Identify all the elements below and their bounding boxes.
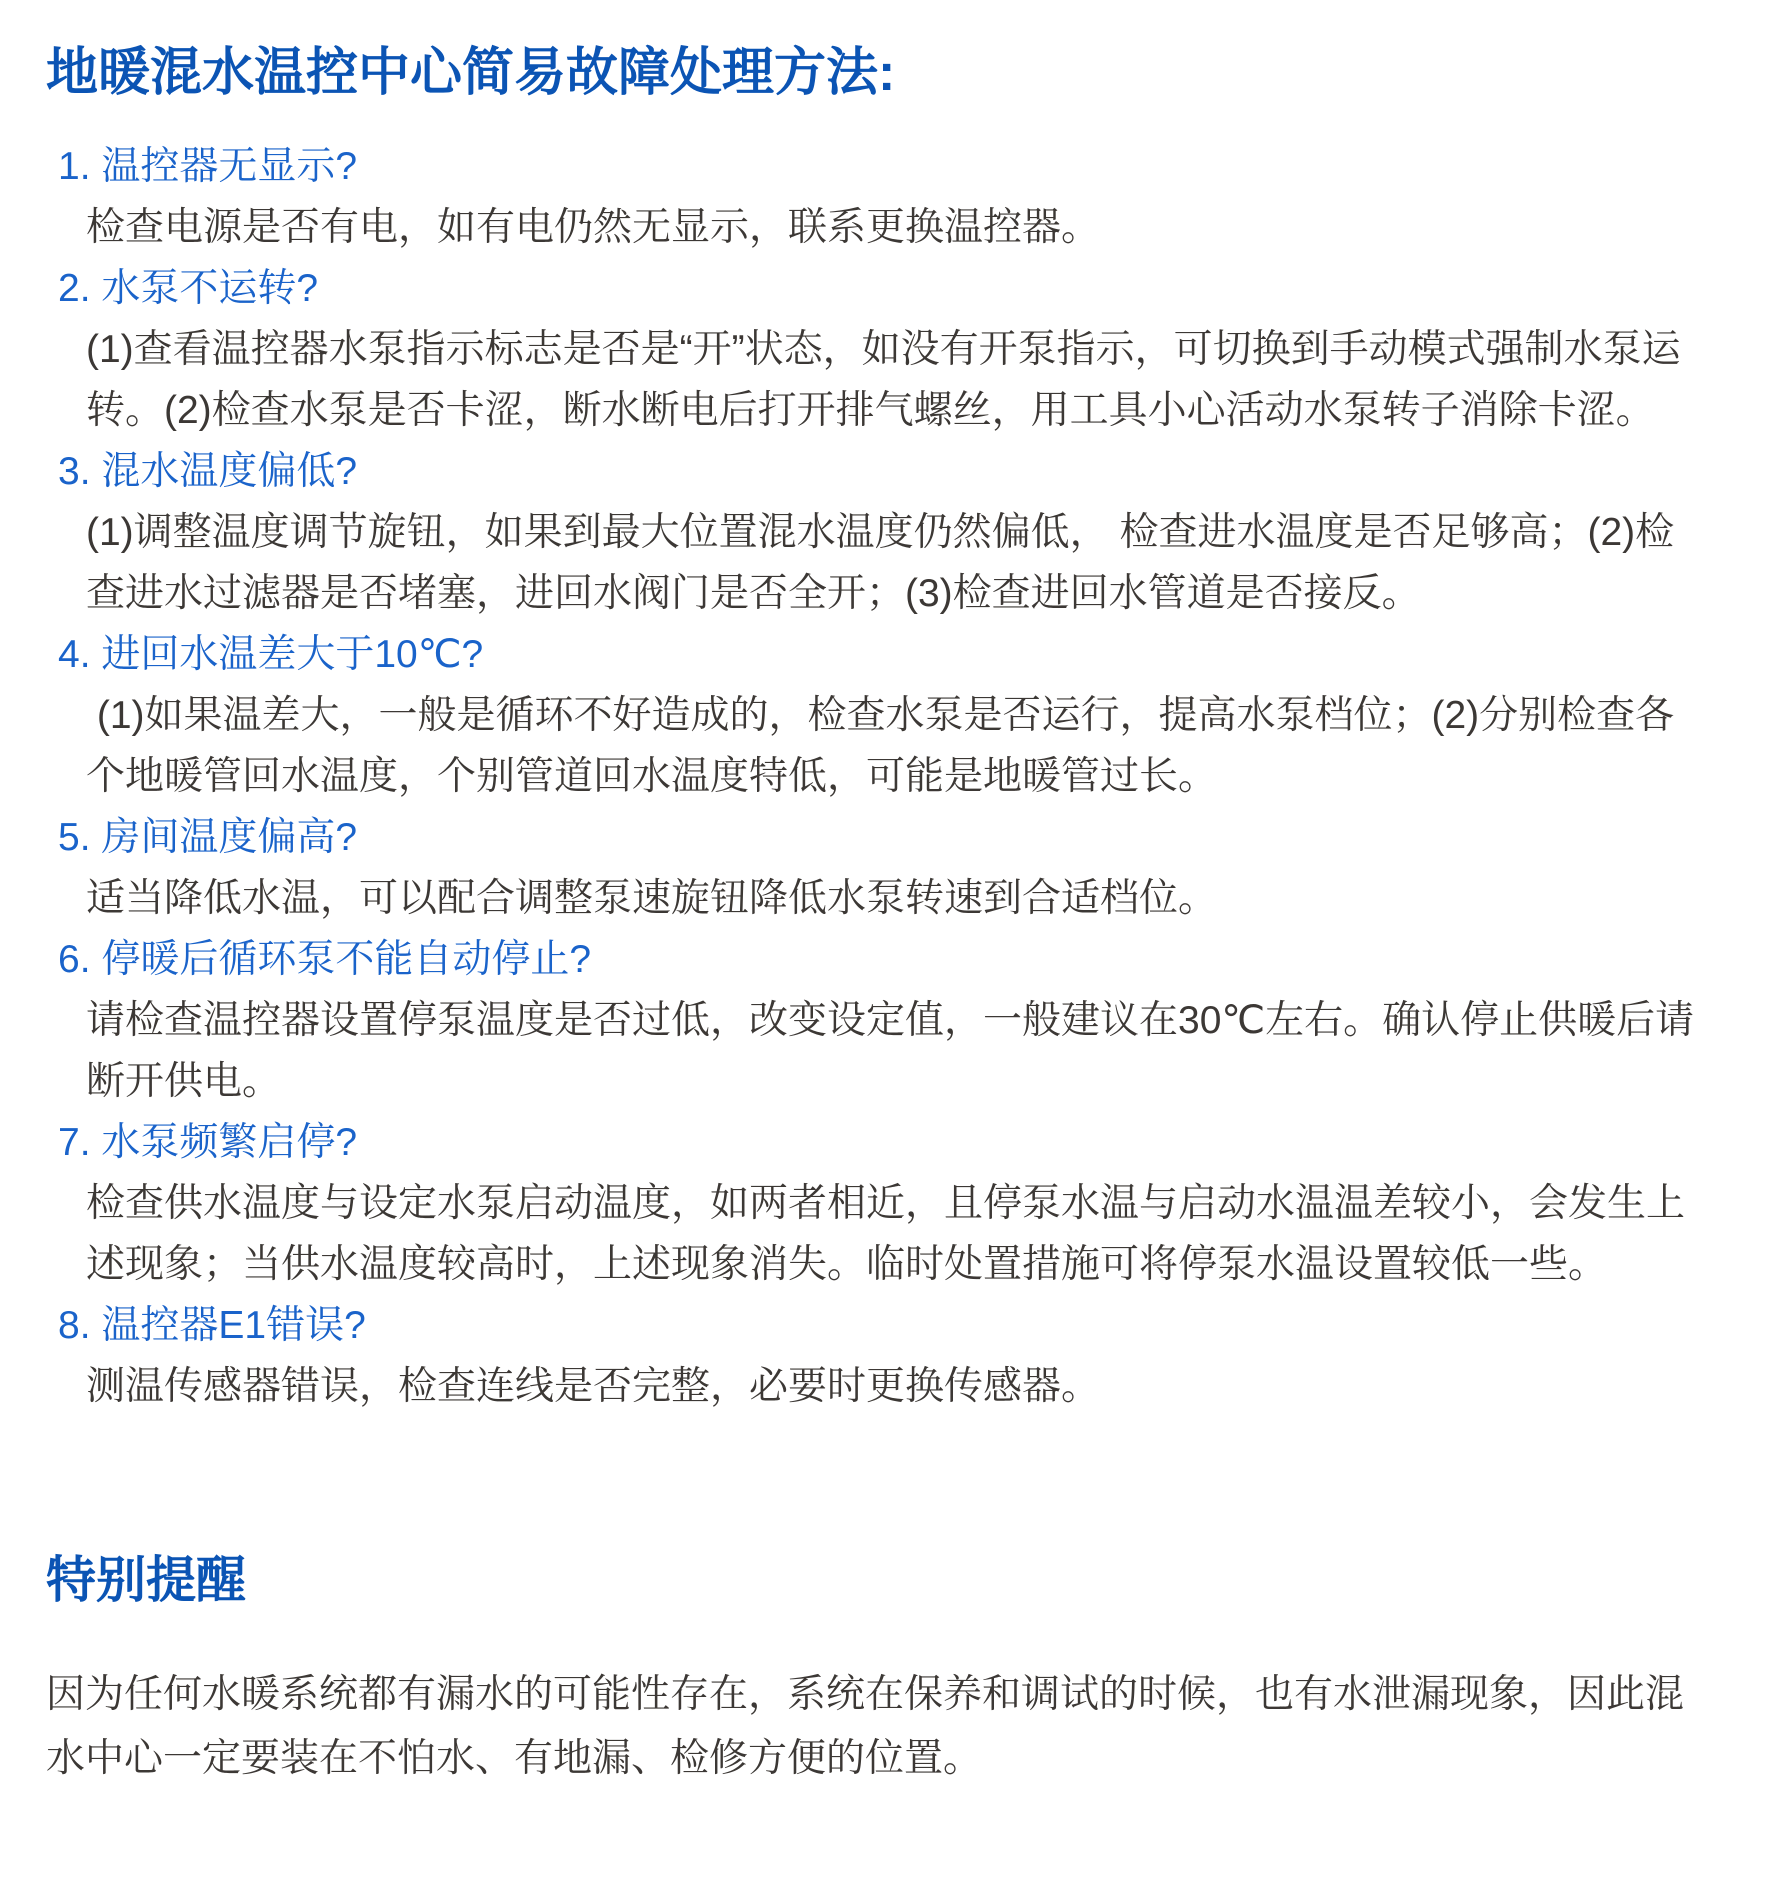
faq-question: 8. 温控器E1错误? bbox=[46, 1295, 1744, 1356]
notice-paragraph-line: 因为任何水暖系统都有漏水的可能性存在，系统在保养和调试的时候，也有水泄漏现象，因… bbox=[46, 1663, 1744, 1727]
faq-answer-line: 请检查温控器设置停泵温度是否过低，改变设定值，一般建议在30℃左右。确认停止供暖… bbox=[46, 990, 1744, 1051]
faq-question: 5. 房间温度偏高? bbox=[46, 807, 1744, 868]
faq-answer-line: 断开供电。 bbox=[46, 1051, 1744, 1112]
faq-answer-line: 检查电源是否有电，如有电仍然无显示，联系更换温控器。 bbox=[46, 197, 1744, 258]
faq-item: 3. 混水温度偏低? (1)调整温度调节旋钮，如果到最大位置混水温度仍然偏低， … bbox=[46, 441, 1744, 624]
faq-answer-line: (1)查看温控器水泵指示标志是否是“开”状态，如没有开泵指示，可切换到手动模式强… bbox=[46, 319, 1744, 380]
faq-list: 1. 温控器无显示? 检查电源是否有电，如有电仍然无显示，联系更换温控器。 2.… bbox=[46, 136, 1744, 1417]
faq-answer-line: 个地暖管回水温度，个别管道回水温度特低，可能是地暖管过长。 bbox=[46, 746, 1744, 807]
faq-answer-line: 适当降低水温，可以配合调整泵速旋钮降低水泵转速到合适档位。 bbox=[46, 868, 1744, 929]
faq-answer-line: 测温传感器错误，检查连线是否完整，必要时更换传感器。 bbox=[46, 1356, 1744, 1417]
faq-item: 7. 水泵频繁启停? 检查供水温度与设定水泵启动温度，如两者相近，且停泵水温与启… bbox=[46, 1112, 1744, 1295]
notice-title: 特别提醒 bbox=[46, 1549, 1744, 1611]
faq-question: 4. 进回水温差大于10℃? bbox=[46, 624, 1744, 685]
faq-question: 3. 混水温度偏低? bbox=[46, 441, 1744, 502]
faq-answer-line: 转。(2)检查水泵是否卡涩，断水断电后打开排气螺丝，用工具小心活动水泵转子消除卡… bbox=[46, 380, 1744, 441]
faq-question: 7. 水泵频繁启停? bbox=[46, 1112, 1744, 1173]
page-title: 地暖混水温控中心简易故障处理方法: bbox=[46, 40, 1744, 106]
faq-item: 4. 进回水温差大于10℃? (1)如果温差大，一般是循环不好造成的，检查水泵是… bbox=[46, 624, 1744, 807]
faq-answer-line: (1)调整温度调节旋钮，如果到最大位置混水温度仍然偏低， 检查进水温度是否足够高… bbox=[46, 502, 1744, 563]
faq-answer-line: 述现象；当供水温度较高时，上述现象消失。临时处置措施可将停泵水温设置较低一些。 bbox=[46, 1234, 1744, 1295]
faq-question: 1. 温控器无显示? bbox=[46, 136, 1744, 197]
faq-answer-line: (1)如果温差大，一般是循环不好造成的，检查水泵是否运行，提高水泵档位；(2)分… bbox=[46, 685, 1744, 746]
faq-item: 6. 停暖后循环泵不能自动停止? 请检查温控器设置停泵温度是否过低，改变设定值，… bbox=[46, 929, 1744, 1112]
faq-answer-line: 检查供水温度与设定水泵启动温度，如两者相近，且停泵水温与启动水温温差较小，会发生… bbox=[46, 1173, 1744, 1234]
faq-answer-line: 查进水过滤器是否堵塞，进回水阀门是否全开；(3)检查进回水管道是否接反。 bbox=[46, 563, 1744, 624]
faq-item: 1. 温控器无显示? 检查电源是否有电，如有电仍然无显示，联系更换温控器。 bbox=[46, 136, 1744, 258]
document-page: 地暖混水温控中心简易故障处理方法: 1. 温控器无显示? 检查电源是否有电，如有… bbox=[0, 0, 1772, 1896]
faq-item: 8. 温控器E1错误? 测温传感器错误，检查连线是否完整，必要时更换传感器。 bbox=[46, 1295, 1744, 1417]
faq-question: 2. 水泵不运转? bbox=[46, 258, 1744, 319]
faq-item: 5. 房间温度偏高? 适当降低水温，可以配合调整泵速旋钮降低水泵转速到合适档位。 bbox=[46, 807, 1744, 929]
notice-paragraph-line: 水中心一定要装在不怕水、有地漏、检修方便的位置。 bbox=[46, 1727, 1744, 1791]
faq-question: 6. 停暖后循环泵不能自动停止? bbox=[46, 929, 1744, 990]
faq-item: 2. 水泵不运转? (1)查看温控器水泵指示标志是否是“开”状态，如没有开泵指示… bbox=[46, 258, 1744, 441]
